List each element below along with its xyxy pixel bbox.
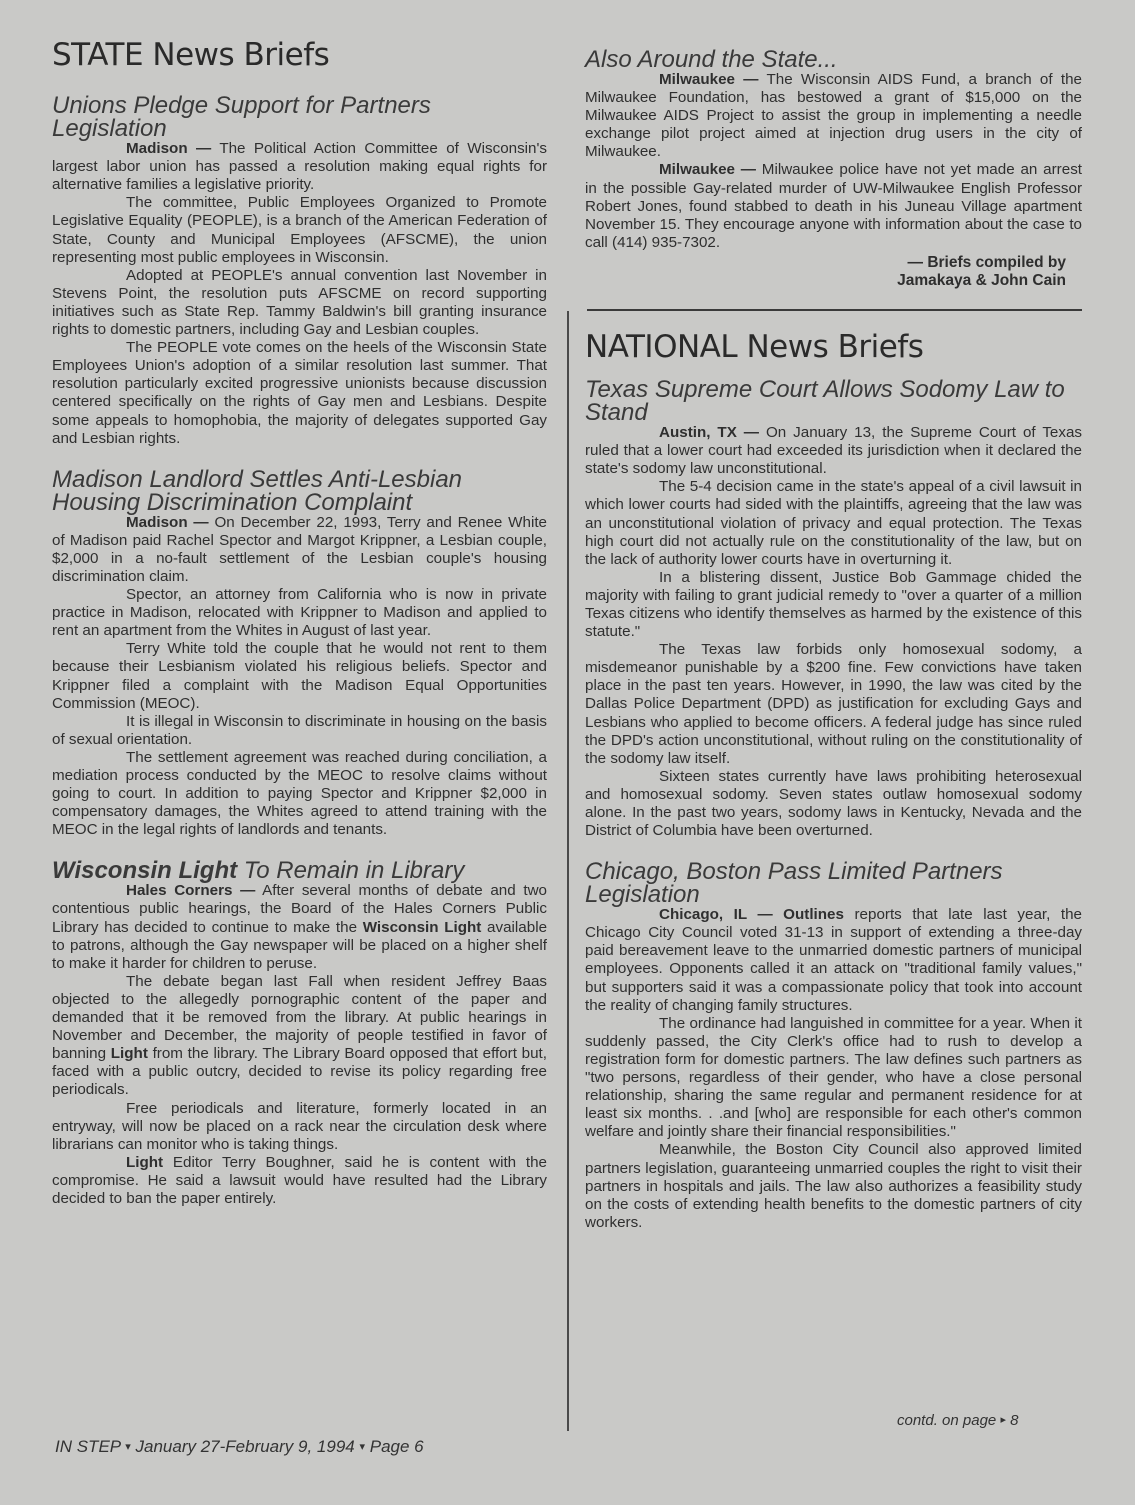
story-paragraph: It is illegal in Wisconsin to discrimina… bbox=[52, 713, 547, 749]
dateline: Austin, TX — bbox=[659, 424, 759, 441]
story-unions-pledge: Unions Pledge Support for Partners Legis… bbox=[52, 94, 547, 448]
dateline: Milwaukee — bbox=[659, 161, 756, 178]
story-paragraph: Madison — The Political Action Committee… bbox=[52, 140, 547, 194]
story-paragraph: Chicago, IL — Outlines reports that late… bbox=[585, 906, 1082, 1015]
story-paragraph: Sixteen states currently have laws prohi… bbox=[585, 768, 1082, 840]
story-paragraph: Light Editor Terry Boughner, said he is … bbox=[52, 1154, 547, 1208]
state-section-title: STATE News Briefs bbox=[52, 38, 547, 72]
story-headline: Unions Pledge Support for Partners Legis… bbox=[52, 94, 547, 140]
issue-dates: January 27-February 9, 1994 bbox=[136, 1437, 355, 1456]
story-headline: Chicago, Boston Pass Limited Partners Le… bbox=[585, 860, 1082, 906]
dateline: Madison — bbox=[126, 514, 209, 531]
story-paragraph: The ordinance had languished in committe… bbox=[585, 1015, 1082, 1142]
continued-on-page: contd. on page ▸ 8 bbox=[897, 1412, 1018, 1429]
national-section-title: NATIONAL News Briefs bbox=[585, 330, 1082, 364]
page-number: Page 6 bbox=[370, 1437, 424, 1456]
story-paragraph: The settlement agreement was reached dur… bbox=[52, 749, 547, 839]
story-paragraph: Spector, an attorney from California who… bbox=[52, 586, 547, 640]
brief-item: Milwaukee — The Wisconsin AIDS Fund, a b… bbox=[585, 71, 1082, 161]
story-wisconsin-light: Wisconsin Light To Remain in Library Hal… bbox=[52, 859, 547, 1208]
story-headline: Texas Supreme Court Allows Sodomy Law to… bbox=[585, 378, 1082, 424]
dateline: Chicago, IL — Outlines bbox=[659, 906, 844, 923]
also-around-state: Also Around the State... Milwaukee — The… bbox=[585, 48, 1082, 290]
dateline: Madison — bbox=[126, 140, 211, 157]
story-paragraph: The committee, Public Employees Organize… bbox=[52, 194, 547, 266]
brief-item: Milwaukee — Milwaukee police have not ye… bbox=[585, 161, 1082, 251]
newspaper-page: STATE News Briefs Unions Pledge Support … bbox=[0, 0, 1135, 1505]
story-paragraph: Terry White told the couple that he woul… bbox=[52, 640, 547, 712]
story-paragraph: The PEOPLE vote comes on the heels of th… bbox=[52, 339, 547, 448]
triangle-separator-icon: ▾ bbox=[125, 1441, 131, 1453]
story-headline: Madison Landlord Settles Anti-Lesbian Ho… bbox=[52, 468, 547, 514]
story-paragraph: Austin, TX — On January 13, the Supreme … bbox=[585, 424, 1082, 478]
right-triangle-icon: ▸ bbox=[1000, 1414, 1006, 1426]
story-paragraph: Hales Corners — After several months of … bbox=[52, 882, 547, 972]
right-column: Also Around the State... Milwaukee — The… bbox=[585, 48, 1082, 1252]
story-paragraph: In a blistering dissent, Justice Bob Gam… bbox=[585, 569, 1082, 641]
publication-name: IN STEP bbox=[55, 1437, 121, 1456]
dateline: Hales Corners — bbox=[126, 882, 255, 899]
story-madison-landlord: Madison Landlord Settles Anti-Lesbian Ho… bbox=[52, 468, 547, 840]
left-column: STATE News Briefs Unions Pledge Support … bbox=[52, 38, 547, 1228]
story-texas-sodomy: Texas Supreme Court Allows Sodomy Law to… bbox=[585, 378, 1082, 840]
story-paragraph: The Texas law forbids only homosexual so… bbox=[585, 641, 1082, 768]
story-paragraph: Madison — On December 22, 1993, Terry an… bbox=[52, 514, 547, 586]
column-divider-vertical bbox=[567, 311, 569, 1431]
story-paragraph: Adopted at PEOPLE's annual convention la… bbox=[52, 267, 547, 339]
briefs-credit: — Briefs compiled by Jamakaya & John Cai… bbox=[585, 254, 1066, 290]
dateline: Milwaukee — bbox=[659, 71, 758, 88]
section-divider-horizontal bbox=[587, 309, 1082, 311]
story-paragraph: The 5-4 decision came in the state's app… bbox=[585, 478, 1082, 568]
story-paragraph: Meanwhile, the Boston City Council also … bbox=[585, 1141, 1082, 1231]
page-footer: IN STEP ▾ January 27-February 9, 1994 ▾ … bbox=[55, 1437, 424, 1457]
triangle-separator-icon: ▾ bbox=[359, 1441, 365, 1453]
story-paragraph: The debate began last Fall when resident… bbox=[52, 973, 547, 1100]
story-chicago-boston: Chicago, Boston Pass Limited Partners Le… bbox=[585, 860, 1082, 1232]
also-around-headline: Also Around the State... bbox=[585, 48, 1082, 71]
story-paragraph: Free periodicals and literature, formerl… bbox=[52, 1100, 547, 1154]
story-headline: Wisconsin Light To Remain in Library bbox=[52, 859, 547, 882]
